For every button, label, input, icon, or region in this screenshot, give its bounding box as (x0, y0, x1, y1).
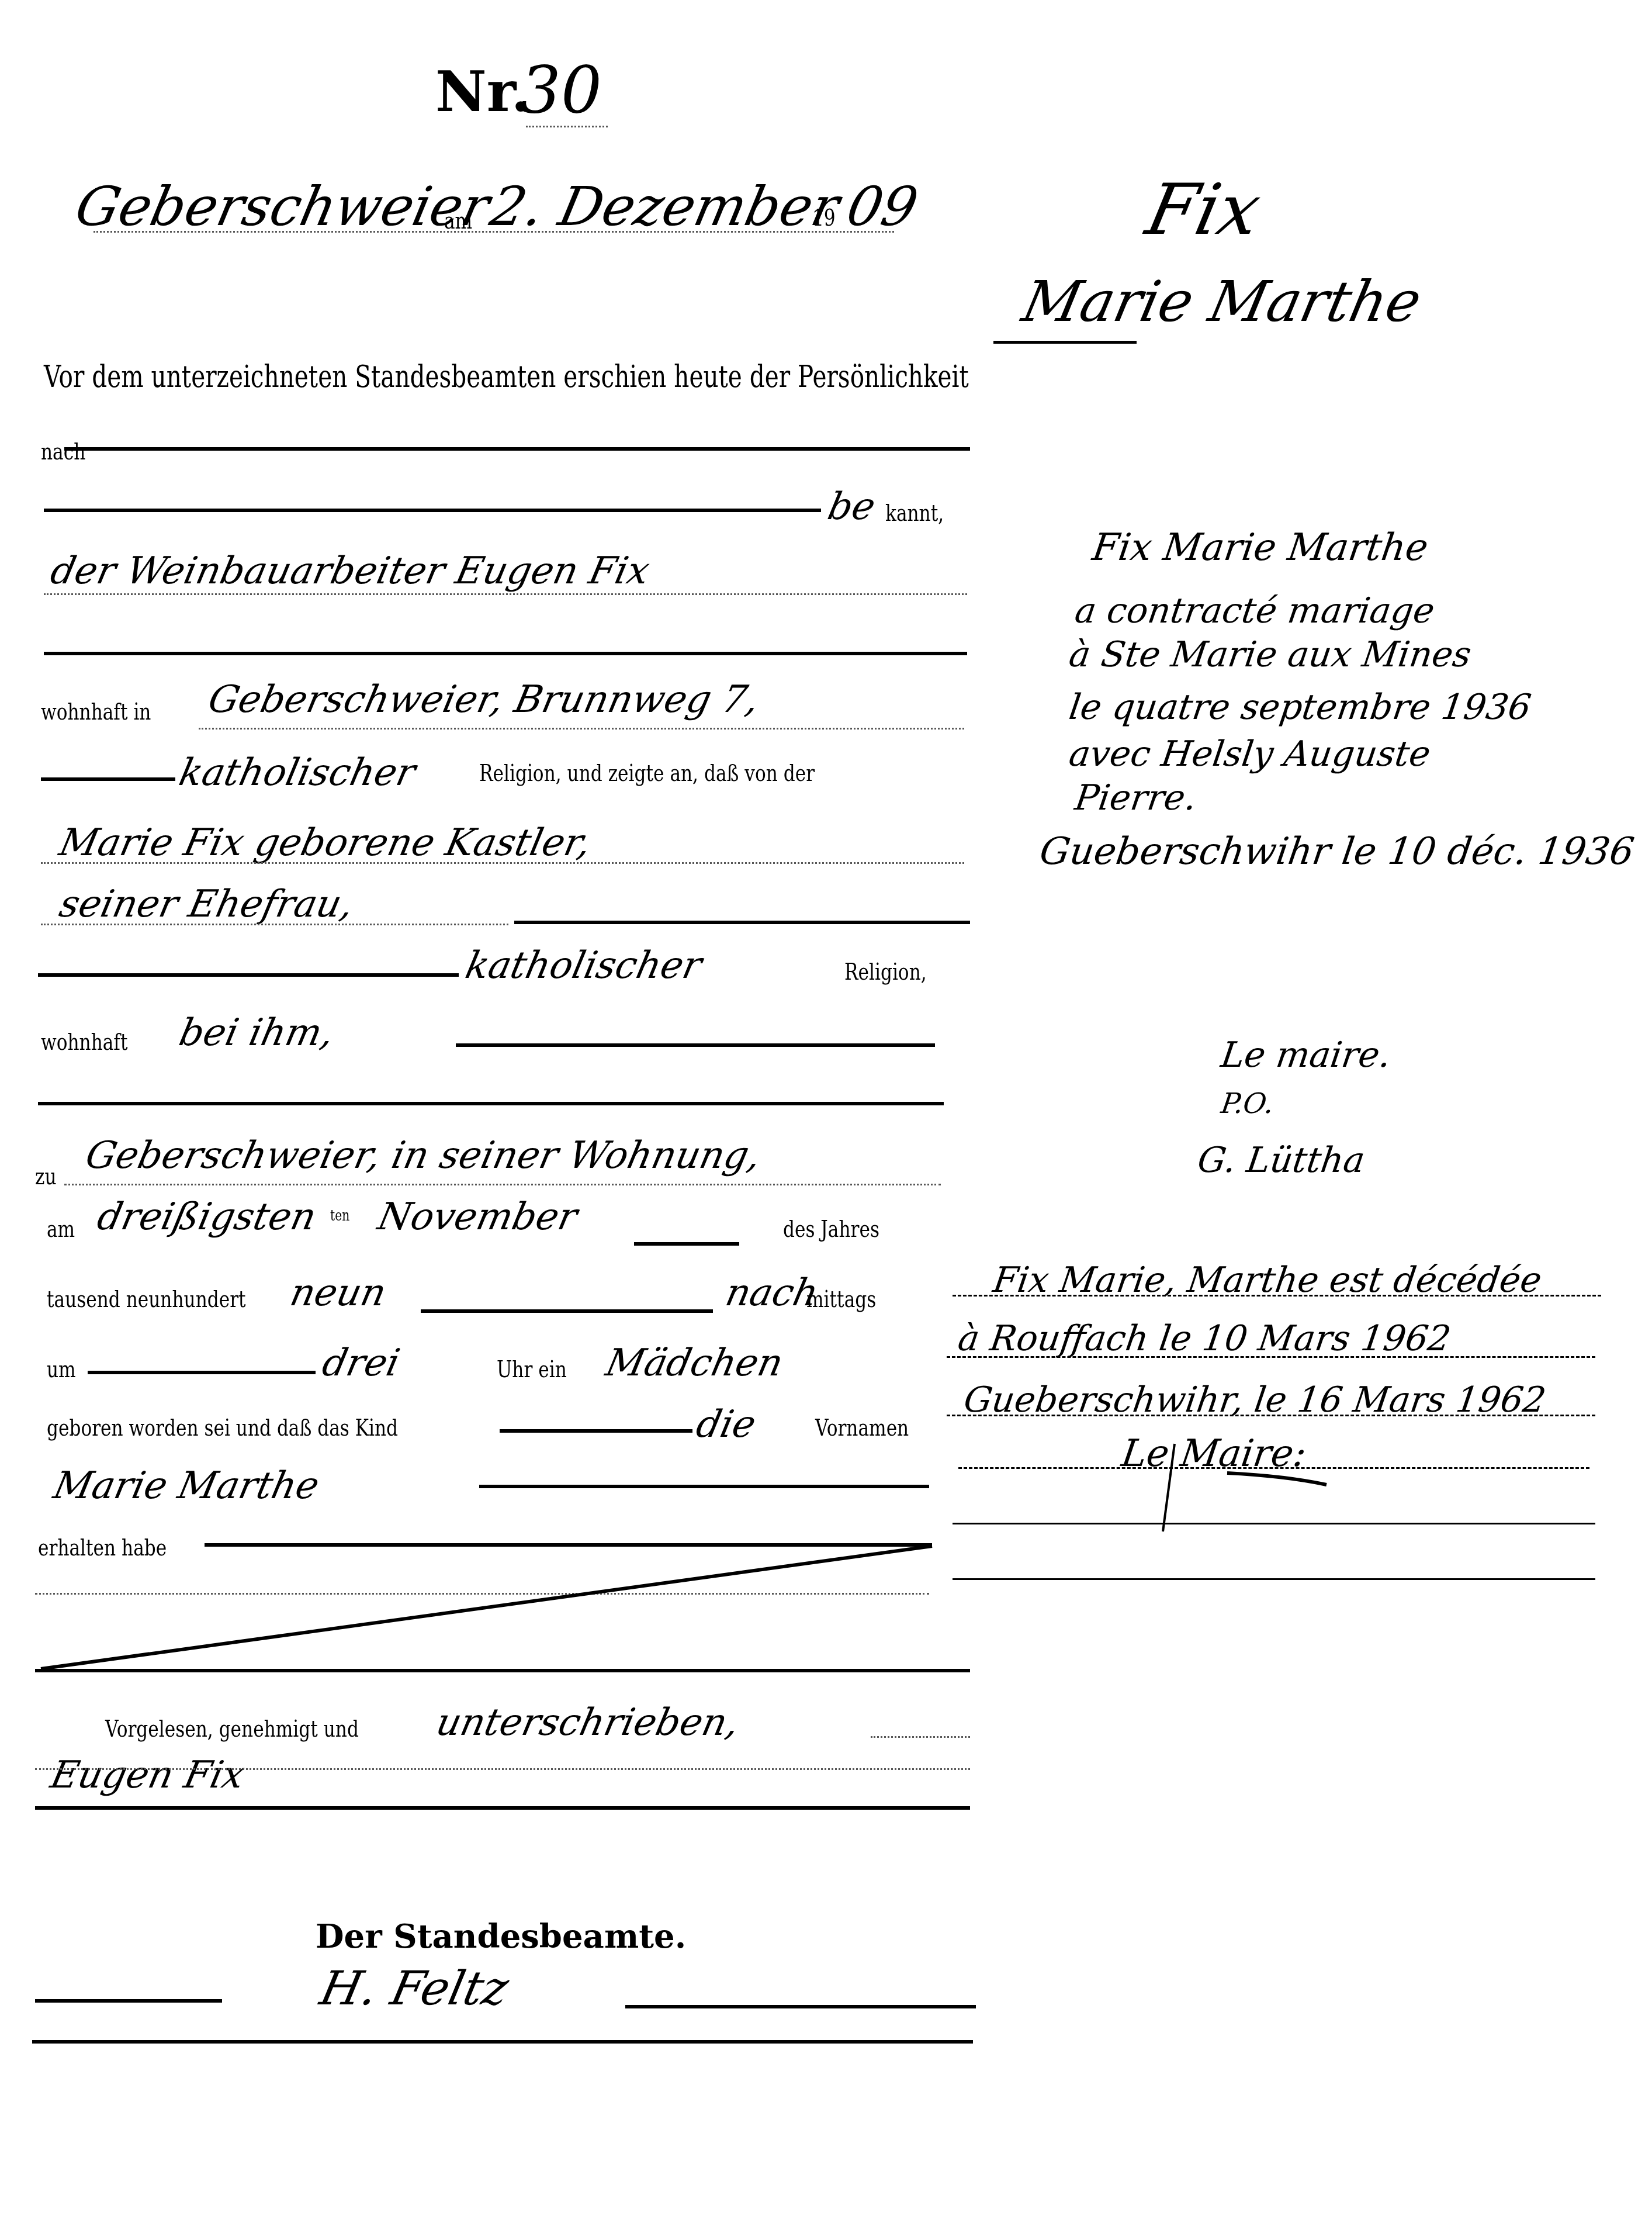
death-signature-stroke (0, 0, 1652, 2230)
birth-register-page: Nr. 30 Geberschweier am 2. Dezember 19 0… (0, 0, 1652, 2230)
